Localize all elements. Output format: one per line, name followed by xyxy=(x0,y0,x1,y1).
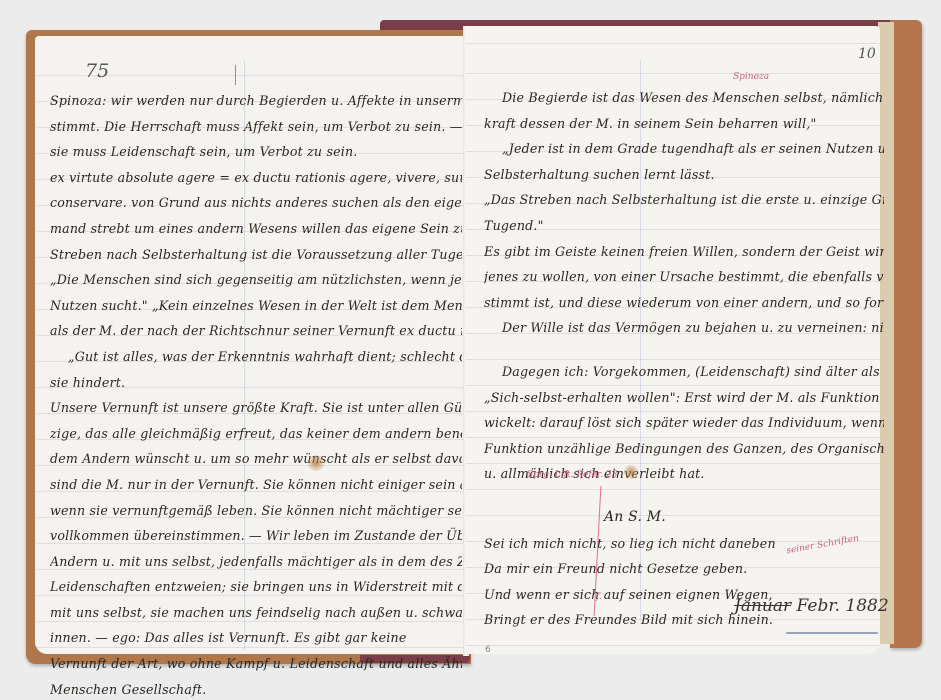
text-line: „Das Streben nach Selbsterhaltung ist di… xyxy=(484,187,884,213)
text-line: sind die M. nur in der Vernunft. Sie kön… xyxy=(50,472,462,498)
text-line: Streben nach Selbsterhaltung ist die Vor… xyxy=(50,242,462,268)
red-margin-mark xyxy=(235,65,236,85)
right-page-number: 10 xyxy=(858,46,876,62)
text-line: „Jeder ist in dem Grade tugendhaft als e… xyxy=(484,136,884,162)
footer-mark: 6 xyxy=(485,645,491,655)
text-line: Funktion unzählige Bedingungen des Ganze… xyxy=(484,436,884,462)
left-page-number: 75 xyxy=(85,60,109,82)
text-line: Menschen Gesellschaft. xyxy=(50,677,462,700)
text-line: innen. — ego: Das alles ist Vernunft. Es… xyxy=(50,625,462,651)
ink-stain xyxy=(308,455,324,471)
text-line: dem Andern wünscht u. um so mehr wünscht… xyxy=(50,446,462,472)
text-line: Der Wille ist das Vermögen zu bejahen u.… xyxy=(484,315,884,341)
text-line: Andern u. mit uns selbst, jedenfalls mäc… xyxy=(50,549,462,575)
text-line: sie muss Leidenschaft sein, um Verbot zu… xyxy=(50,139,462,165)
signature-date: Januar Febr. 1882 xyxy=(734,596,889,616)
poem-line: Da mir ein Freund nicht Gesetze geben. xyxy=(484,556,884,582)
text-line: wenn sie vernunftgemäß leben. Sie können… xyxy=(50,498,462,524)
right-cover xyxy=(890,20,922,648)
text-line: Es gibt im Geiste keinen freien Willen, … xyxy=(484,239,884,265)
blank-line xyxy=(484,341,884,359)
text-line: zige, das alle gleichmäßig erfreut, das … xyxy=(50,421,462,447)
text-line: Spinoza: wir werden nur durch Begierden … xyxy=(50,88,462,114)
text-line: mand strebt um eines andern Wesens wille… xyxy=(50,216,462,242)
text-line: stimmt. Die Herrschaft muss Affekt sein,… xyxy=(50,114,462,140)
poem-title: An S. M. xyxy=(484,505,884,531)
text-line: vollkommen übereinstimmen. — Wir leben i… xyxy=(50,523,462,549)
text-line: Nutzen sucht." „Kein einzelnes Wesen in … xyxy=(50,293,462,319)
ink-stain xyxy=(624,465,638,479)
red-annotation-reference: Sprg. Lift. Refer. 23 xyxy=(527,470,617,480)
text-line: „Gut ist alles, was der Erkenntnis wahrh… xyxy=(50,344,462,370)
text-line: Tugend." xyxy=(484,213,884,239)
text-line: jenes zu wollen, von einer Ursache besti… xyxy=(484,264,884,290)
text-line: conservare. von Grund aus nichts anderes… xyxy=(50,190,462,216)
text-line: stimmt ist, und diese wiederum von einer… xyxy=(484,290,884,316)
text-line: „Die Menschen sind sich gegenseitig am n… xyxy=(50,267,462,293)
text-line: „Sich-selbst-erhalten wollen": Erst wird… xyxy=(484,385,884,411)
text-line: als der M. der nach der Richtschnur sein… xyxy=(50,318,462,344)
text-line: sie hindert. xyxy=(50,370,462,396)
blue-underline xyxy=(786,632,878,634)
text-line: mit uns selbst, sie machen uns feindseli… xyxy=(50,600,462,626)
date-text: Febr. 1882 xyxy=(797,596,889,616)
text-line: kraft dessen der M. in seinem Sein behar… xyxy=(484,111,884,137)
struck-word: Januar xyxy=(734,596,791,616)
text-line: Leidenschaften entzweien; sie bringen un… xyxy=(50,574,462,600)
text-line: wickelt: darauf löst sich später wieder … xyxy=(484,410,884,436)
text-line: Unsere Vernunft ist unsere größte Kraft.… xyxy=(50,395,462,421)
text-line: ex virtute absolute agere = ex ductu rat… xyxy=(50,165,462,191)
text-line: Dagegen ich: Vorgekommen, (Leidenschaft)… xyxy=(484,359,884,385)
blank-line xyxy=(484,487,884,505)
notebook-scan: 75 Spinoza: wir werden nur durch Begierd… xyxy=(0,0,941,700)
text-line: Selbsterhaltung suchen lernt lässt. xyxy=(484,162,884,188)
text-line: Vernunft der Art, wo ohne Kampf u. Leide… xyxy=(50,651,462,677)
right-page-text: Die Begierde ist das Wesen des Menschen … xyxy=(484,85,884,633)
text-line: Die Begierde ist das Wesen des Menschen … xyxy=(484,85,884,111)
red-annotation-spinoza: Spinoza xyxy=(733,72,769,82)
left-page-text: Spinoza: wir werden nur durch Begierden … xyxy=(50,88,462,700)
red-annotation-mark: f. xyxy=(596,592,602,602)
